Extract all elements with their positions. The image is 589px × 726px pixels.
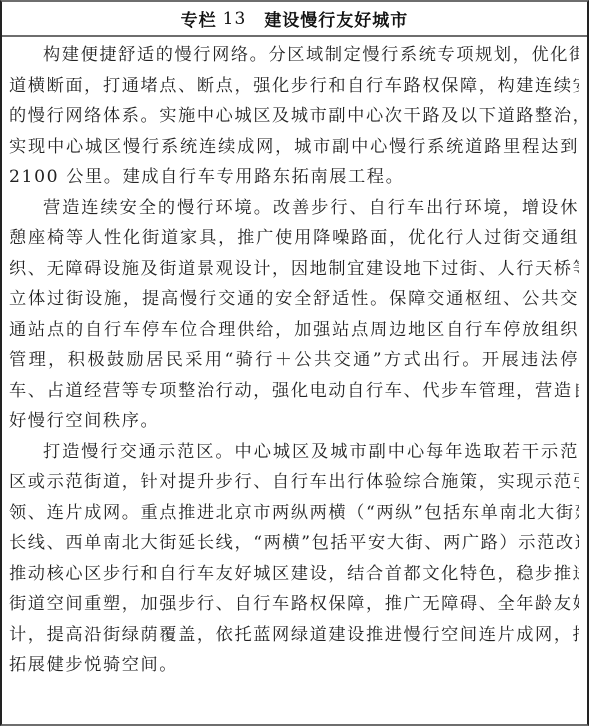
column-label: 专栏: [181, 6, 217, 31]
text-line: 区或示范街道，针对提升步行、自行车出行体验综合施策，实现示范引: [9, 467, 579, 498]
text-line: 构建便捷舒适的慢行网络。分区域制定慢行系统专项规划，优化街: [9, 40, 579, 71]
column-title: 专栏 13 建设慢行友好城市: [2, 2, 587, 37]
text-line: 计，提高沿街绿荫覆盖，依托蓝网绿道建设推进慢行空间连片成网，持续: [9, 620, 579, 651]
text-line: 实现中心城区慢行系统连续成网，城市副中心慢行系统道路里程达到: [9, 132, 579, 163]
text-line: 织、无障碍设施及街道景观设计，因地制宜建设地下过街、人行天桥等: [9, 254, 579, 285]
text-line: 通站点的自行车停车位合理供给，加强站点周边地区自行车停放组织: [9, 315, 579, 346]
text-line: 营造连续安全的慢行环境。改善步行、自行车出行环境，增设休: [9, 193, 579, 224]
paragraph-demonstration-zone: 打造慢行交通示范区。中心城区及城市副中心每年选取若干示范 区或示范街道，针对提升…: [9, 437, 579, 681]
paragraph-slow-traffic-environment: 营造连续安全的慢行环境。改善步行、自行车出行环境，增设休 憩座椅等人性化街道家具…: [9, 193, 579, 437]
column-number: 13: [223, 9, 247, 29]
text-line: 长线、西单南北大街延长线，“两横”包括平安大街、两广路）示范改造。: [9, 528, 579, 559]
text-line: 打造慢行交通示范区。中心城区及城市副中心每年选取若干示范: [9, 437, 579, 468]
feature-column-box: 专栏 13 建设慢行友好城市 构建便捷舒适的慢行网络。分区域制定慢行系统专项规划…: [0, 0, 589, 726]
column-content: 构建便捷舒适的慢行网络。分区域制定慢行系统专项规划，优化街 道横断面，打通堵点、…: [2, 37, 587, 681]
text-line: 立体过街设施，提高慢行交通的安全舒适性。保障交通枢纽、公共交: [9, 284, 579, 315]
paragraph-slow-traffic-network: 构建便捷舒适的慢行网络。分区域制定慢行系统专项规划，优化街 道横断面，打通堵点、…: [9, 40, 579, 193]
text-line: 推动核心区步行和自行车友好城区建设，结合首都文化特色，稳步推进: [9, 559, 579, 590]
text-line: 道横断面，打通堵点、断点，强化步行和自行车路权保障，构建连续安全: [9, 71, 579, 102]
text-line: 拓展健步悦骑空间。: [9, 650, 579, 681]
text-line: 车、占道经营等专项整治行动，强化电动自行车、代步车管理，营造良: [9, 376, 579, 407]
text-line: 好慢行空间秩序。: [9, 406, 579, 437]
text-line: 2100 公里。建成自行车专用路东拓南展工程。: [9, 162, 579, 193]
text-line: 憩座椅等人性化街道家具，推广使用降噪路面，优化行人过街交通组: [9, 223, 579, 254]
text-line: 管理，积极鼓励居民采用“骑行＋公共交通”方式出行。开展违法停: [9, 345, 579, 376]
column-title-text: 建设慢行友好城市: [264, 6, 408, 31]
text-line: 的慢行网络体系。实施中心城区及城市副中心次干路及以下道路整治，: [9, 101, 579, 132]
text-line: 领、连片成网。重点推进北京市两纵两横（“两纵”包括东单南北大街延: [9, 498, 579, 529]
text-line: 街道空间重塑，加强步行、自行车路权保障，推广无障碍、全年龄友好设: [9, 589, 579, 620]
